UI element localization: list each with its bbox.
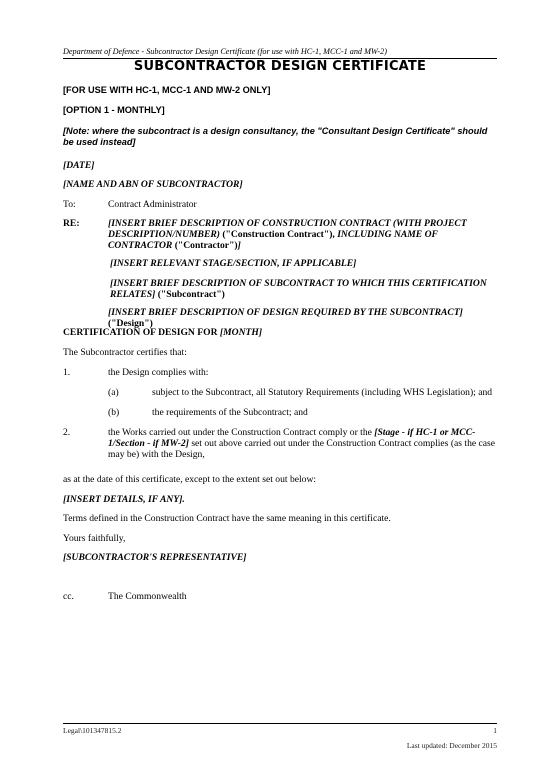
subcontract-description: [INSERT BRIEF DESCRIPTION OF SUBCONTRACT… (110, 278, 502, 300)
certifies-intro: The Subcontractor certifies that: (63, 347, 497, 358)
item-2-text: the Works carried out under the Construc… (108, 427, 500, 460)
design-placeholder: [INSERT BRIEF DESCRIPTION OF DESIGN REQU… (108, 307, 463, 318)
option-notice: [OPTION 1 - MONTHLY] (63, 105, 497, 116)
subcontract-term: ("Subcontract") (155, 289, 225, 300)
construction-contract-term: ("Construction Contract"), (220, 229, 337, 240)
re-contract-description: [INSERT BRIEF DESCRIPTION OF CONSTRUCTIO… (108, 218, 500, 251)
representative-placeholder: [SUBCONTRACTOR'S REPRESENTATIVE] (63, 552, 497, 563)
cc-value: The Commonwealth (108, 591, 500, 602)
subitem-b-text: the requirements of the Subcontract; and (152, 407, 500, 418)
item-2-text-part-1: the Works carried out under the Construc… (108, 427, 374, 438)
month-placeholder: [MONTH] (220, 327, 262, 338)
last-updated: Last updated: December 2015 (407, 741, 497, 750)
terms-statement: Terms defined in the Construction Contra… (63, 513, 497, 524)
design-description: [INSERT BRIEF DESCRIPTION OF DESIGN REQU… (108, 307, 500, 329)
footer-rule (63, 723, 497, 724)
use-with-notice: [FOR USE WITH HC-1, MCC-1 AND MW-2 ONLY] (63, 85, 497, 96)
page-number: 1 (493, 726, 497, 735)
date-placeholder: [DATE] (63, 160, 497, 171)
cc-label: cc. (63, 591, 74, 602)
document-reference: Legal\101347815.2 (63, 726, 122, 735)
closing-bracket: ] (238, 240, 241, 251)
document-page: Department of Defence - Subcontractor De… (0, 0, 550, 777)
consultancy-note: [Note: where the subcontract is a design… (63, 126, 497, 148)
item-1-number: 1. (63, 367, 70, 378)
certification-heading: CERTIFICATION OF DESIGN FOR [MONTH] (63, 327, 497, 338)
subcontractor-name-placeholder: [NAME AND ABN OF SUBCONTRACTOR] (63, 179, 497, 190)
contractor-term: ("Contractor") (172, 240, 237, 251)
closing-salutation: Yours faithfully, (63, 533, 497, 544)
as-at-statement: as at the date of this certificate, exce… (63, 474, 497, 485)
re-label: RE: (63, 218, 80, 229)
item-2-number: 2. (63, 427, 70, 438)
details-placeholder: [INSERT DETAILS, IF ANY]. (63, 494, 497, 505)
to-value: Contract Administrator (108, 199, 500, 210)
subitem-a-text: subject to the Subcontract, all Statutor… (152, 387, 500, 398)
to-label: To: (63, 199, 76, 210)
running-header: Department of Defence - Subcontractor De… (63, 47, 497, 59)
item-1-text: the Design complies with: (108, 367, 500, 378)
certification-heading-text: CERTIFICATION OF DESIGN FOR (63, 327, 220, 338)
page-title: SUBCONTRACTOR DESIGN CERTIFICATE (63, 59, 497, 75)
stage-placeholder: [INSERT RELEVANT STAGE/SECTION, IF APPLI… (110, 258, 502, 269)
